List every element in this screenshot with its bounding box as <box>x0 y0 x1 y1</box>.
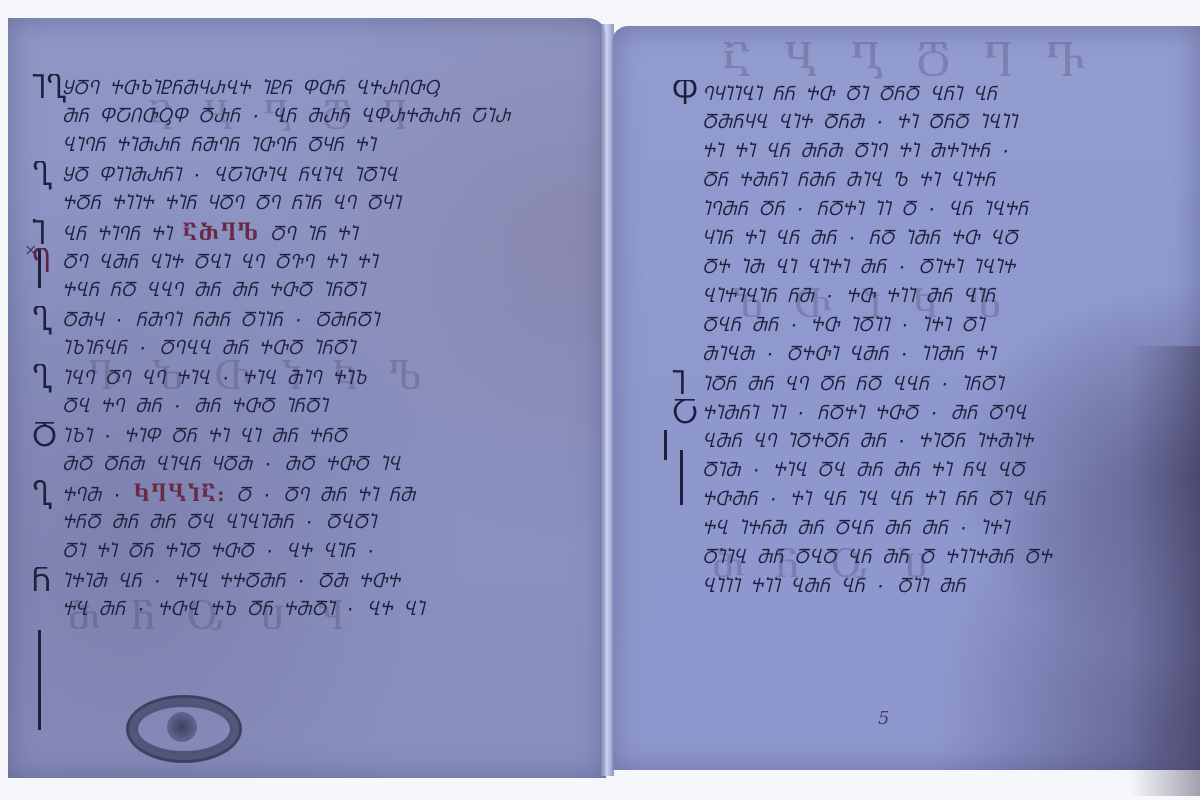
text-line: ႨႨႣႬ ႫႬ ႡႤ ႣႬ ႬႣ ႡႡႬ · ႨႬႣႨ <box>672 370 1162 399</box>
paragraph-bar <box>38 630 41 730</box>
text-line: ႵႡႬ ႬႣ ႡႡႤ ႫႬ ႫႬ ႵႧႣ ႨႬႣႨ <box>32 277 552 306</box>
initial-letter: ႨႢ <box>32 74 58 103</box>
initial-letter: Ⴌ <box>32 567 58 596</box>
red-rubric: ႠႫႤႪ <box>182 221 259 245</box>
text-line: ႵႣႬ ႵႨႨႵ ႵႨႬ ႷႣႤ ႣႤ ႬႨႬ ႡႤ ႣႷႨ <box>32 190 552 219</box>
text-line: ႣႵ ႨႫ ႡႨ ႡႨႵႨ ႫႬ · ႣႨႵႨ ႨႡႨႵ <box>672 254 1162 283</box>
text-line: ႵႬႣ ႫႬ ႫႬ ႣႡ ႡႨႡႨႫႬ · ႣႡႣႨ <box>32 509 552 538</box>
line-text: ႫႣ ႣႬႫ ႡႨႡႬ ႷႣႫ · ႫႣ ႵႧႣ ႨႡ <box>62 455 401 475</box>
text-line: ႨႡႬ ႵႨႤႬ ႵႨ ႠႫႤႪ ႣႤ ႨႬ ႵႨ <box>32 219 552 248</box>
line-text: ႡႬ ႵႨႤႬ ႵႨ <box>62 225 172 245</box>
text-line: ႣႨ ႵႨ ႣႬ ႵႨႣ ႵႧႣ · ႡႵ ႡႨႬ · <box>32 538 552 567</box>
text-line: ႣႬ ႵႫႬႨ ႬႫႬ ႫႨႡ Ⴊ ႵႨ ႡႨႵႬ <box>672 167 1162 196</box>
line-text: ႣႫႷ · ႬႫႤႨ ႬႫႬ ႣႨႨႬ · ႣႫႬႣႨ <box>62 311 379 331</box>
text-line: ႵႧႫႬ · ႵႨ ႡႬ ႨႡ ႡႬ ႵႨ ႬႬ ႣႨ ႡႬ <box>672 486 1162 515</box>
text-line: ႣႡႬ ႫႬ · ႵႧ ႨႣႨႨ · ႨႵႨ ႣႨ <box>672 312 1162 341</box>
initial-letter: Ⴂ <box>32 161 58 190</box>
line-text: ႡႨႵႨႡႨႬ ႬႫ · ႵႧ ႵႨႨ ႫႬ ႡႨႬ <box>702 287 995 307</box>
text-line: ႢႵႤႫ · ႩႤႡႨႠ: Ⴃ · ႣႤ ႫႬ ႵႨ ႬႫ <box>32 480 552 509</box>
line-text: ႸႣႤ ႵႧႦႨႲႬႫႷႰႡႵ ႨႲႬ ႴႧႬ ႡႵႰႶႧႳ <box>62 79 439 99</box>
text-line: ႵႨ ႵႨ ႡႬ ႫႬႫ ႣႨႤ ႵႨ ႫႵႨႵႬ · <box>672 138 1162 167</box>
line-text: ႵႡႬ ႬႣ ႡႡႤ ႫႬ ႫႬ ႵႧႣ ႨႬႣႨ <box>62 281 365 301</box>
line-text: ႡႨႨႨ ႵႨႨ ႡႫႬ ႡႬ · ႣႨႨ ႫႬ <box>702 577 965 597</box>
text-line: ႫႣ ႣႬႫ ႡႨႡႬ ႷႣႫ · ႫႣ ႵႧႣ ႨႡ <box>32 451 552 480</box>
text-line: ႫႨႡႫ · ႣႵႧႨ ႡႫႬ · ႨႨႫႬ ႵႨ <box>672 341 1162 370</box>
line-text: ႡႨႤႬ ႵႨႫႰႬ ႬႫႤႬ ႨႧႤႬ ႣႷႬ ႵႨ <box>62 136 375 156</box>
red-rubric: ႩႤႡႨႠ: <box>133 482 225 506</box>
line-text: ႨႡႤ ႣႤ ႡႤ ႵႨႡ · ႵႨႡ ႫႨႤ ႵႨႦ <box>62 369 367 389</box>
right-page-text: ႴႤႷႨႨႡႨ ႬႬ ႵႧ ႣႨ ႣႬႣ ႡႬႨ ႡႬ ႣႫႬႷႡ ႡႨႵ ႣႬ… <box>672 80 1162 602</box>
text-line: ႷႨႬ ႵႨ ႡႬ ႫႬ · ႬႣ ႨႫႬ ႵႧ ႡႣ <box>672 225 1162 254</box>
left-page-text: ႨႢႸႣႤ ႵႧႦႨႲႬႫႷႰႡႵ ႨႲႬ ႴႧႬ ႡႵႰႶႧႳ ႫႬ ႴႠႶႧ… <box>32 74 552 625</box>
initial-letter: Ⴂ <box>32 364 58 393</box>
text-line: ႣႨႫ · ႵႨႡ ႣႡ ႫႬ ႫႬ ႵႨ ႬႡ ႡႣ <box>672 457 1162 486</box>
text-line: ႣႡ ႵႤ ႫႬ · ႫႬ ႵႧႣ ႨႬႣႨ <box>32 393 552 422</box>
initial-letter: Ⴈ <box>32 220 58 248</box>
line-text: ႣႬ ႵႫႬႨ ႬႫႬ ႫႨႡ Ⴊ ႵႨ ႡႨႵႬ <box>702 171 995 191</box>
line-text: ႫႨႡႫ · ႣႵႧႨ ႡႫႬ · ႨႨႫႬ ႵႨ <box>702 345 995 365</box>
text-line: ႢႣႫႷ · ႬႫႤႨ ႬႫႬ ႣႨႨႬ · ႣႫႬႣႨ <box>32 306 552 335</box>
line-text: ႨႣႬ ႫႬ ႡႤ ႣႬ ႬႣ ႡႡႬ · ႨႬႣႨ <box>702 375 1003 395</box>
stamp-emblem-icon <box>167 712 197 742</box>
line-text: ႣႡႬ ႫႬ · ႵႧ ႨႣႨႨ · ႨႵႨ ႣႨ <box>702 316 984 336</box>
line-text: ႣႫႬႷႡ ႡႨႵ ႣႬႫ · ႵႨ ႣႬႣ ႨႡႨႨ <box>702 113 1017 133</box>
line-text: ႣႨႫ · ႵႨႡ ႣႡ ႫႬ ႫႬ ႵႨ ႬႡ ႡႣ <box>702 461 1025 481</box>
text-line: ႡႨႤႬ ႵႨႫႰႬ ႬႫႤႬ ႨႧႤႬ ႣႷႬ ႵႨ <box>32 132 552 161</box>
line-text: ႵႡ ႫႬ · ႵႧႡ ႵႦ ႣႬ ႵႫႣႨ · ႡႵ ႡႨ <box>62 600 424 620</box>
line-text: ႣႤ ႨႬ ႵႨ <box>270 225 357 245</box>
initial-letter: Ⴂ <box>32 306 58 335</box>
initial-letter: Ⴈ <box>672 370 698 399</box>
text-line: ႠႵႨႫႬႨ ႨႨ · ႬႣႵႨ ႵႧႣ · ႫႬ ႣႤႡ <box>672 399 1162 428</box>
line-text: ႵႣႬ ႵႨႨႵ ႵႨႬ ႷႣႤ ႣႤ ႬႨႬ ႡႤ ႣႷႨ <box>62 194 401 214</box>
paragraph-bar <box>664 430 667 460</box>
text-line: ႴႤႷႨႨႡႨ ႬႬ ႵႧ ႣႨ ႣႬႣ ႡႬႨ ႡႬ <box>672 80 1162 109</box>
line-text: ႣႵ ႨႫ ႡႨ ႡႨႵႨ ႫႬ · ႣႨႵႨ ႨႡႨႵ <box>702 258 1015 278</box>
text-line: ႨႤႫႬ ႣႬ · ႬႣႵႨ ႨႨ Ⴃ · ႡႬ ႨႡႵႬ <box>672 196 1162 225</box>
text-line: ႡႫႬ ႡႤ ႨႣႵႣႬ ႫႬ · ႵႨႣႬ ႨႵႫႨႵ <box>672 428 1162 457</box>
line-text: ႷႨႬ ႵႨ ႡႬ ႫႬ · ႬႣ ႨႫႬ ႵႧ ႡႣ <box>702 229 1018 249</box>
text-line: ႨႦႨႬႡႬ · ႣႤႡႡ ႫႬ ႵႧႣ ႨႬႣႨ <box>32 335 552 364</box>
folio-number: 5 <box>878 708 889 729</box>
line-text: Ⴃ · ႣႤ ႫႬ ႵႨ ႬႫ <box>236 486 415 506</box>
text-line: ႢႸႣ ႴႨႨႫႰႬႨ · ႡႠႨႧႨႡ ႬႡႨႡ ႨႣႨႡ <box>32 161 552 190</box>
line-text: ႨႤႫႬ ႣႬ · ႬႣႵႨ ႨႨ Ⴃ · ႡႬ ႨႡႵႬ <box>702 200 1028 220</box>
text-line: ႫႬ ႴႠႶႧႳႴ ႣႰႬ · ႡႬ ႫႰႬ ႡႴႰႵႫႰႬ ႠႨႰ <box>32 103 552 132</box>
initial-letter-red: Ⴄ <box>32 248 58 277</box>
text-line: ႤႣႤ ႡႫႬ ႡႨႵ ႣႡႨ ႡႤ ႣႥႤ ႵႨ ႵႨ <box>32 248 552 277</box>
line-text: ႣႨႨႡ ႫႬ ႣႡႣ ႡႬ ႫႬ Ⴃ ႵႨႨႵႫႬ ႣႵ <box>702 548 1052 568</box>
library-stamp <box>126 695 242 763</box>
text-line: ႡႨႨႨ ႵႨႨ ႡႫႬ ႡႬ · ႣႨႨ ႫႬ <box>672 573 1162 602</box>
line-text: ႵႨႫႬႨ ႨႨ · ႬႣႵႨ ႵႧႣ · ႫႬ ႣႤႡ <box>702 404 1026 424</box>
line-text: ႣႨ ႵႨ ႣႬ ႵႨႣ ႵႧႣ · ႡႵ ႡႨႬ · <box>62 542 376 562</box>
text-line: ႬႨႵႨႫ ႡႬ · ႵႨႡ ႵႵႣႫႬ · ႣႫ ႵႧႵ <box>32 567 552 596</box>
line-text: ႸႣ ႴႨႨႫႰႬႨ · ႡႠႨႧႨႡ ႬႡႨႡ ႨႣႨႡ <box>62 166 398 186</box>
line-text: ႫႬ ႴႠႶႧႳႴ ႣႰႬ · ႡႬ ႫႰႬ ႡႴႰႵႫႰႬ ႠႨႰ <box>62 107 510 127</box>
text-line: ႣႫႬႷႡ ႡႨႵ ႣႬႫ · ႵႨ ႣႬႣ ႨႡႨႨ <box>672 109 1162 138</box>
line-text: ႵႡ ႨႵႬႫ ႫႬ ႣႡႬ ႫႬ ႫႬ · ႨႵႨ <box>702 519 1009 539</box>
line-text: ႣႤ ႡႫႬ ႡႨႵ ႣႡႨ ႡႤ ႣႥႤ ႵႨ ႵႨ <box>62 253 377 273</box>
line-text: ႨႵႨႫ ႡႬ · ႵႨႡ ႵႵႣႫႬ · ႣႫ ႵႧႵ <box>62 572 400 592</box>
line-text: ႨႦႨ · ႵႨႴ ႣႬ ႵႨ ႡႨ ႫႬ ႵႬႣ <box>62 427 347 447</box>
text-line: ႣႨႦႨ · ႵႨႴ ႣႬ ႵႨ ႡႨ ႫႬ ႵႬႣ <box>32 422 552 451</box>
line-text: ႤႷႨႨႡႨ ႬႬ ႵႧ ႣႨ ႣႬႣ ႡႬႨ ႡႬ <box>702 85 997 105</box>
initial-letter: Ⴀ <box>672 399 698 428</box>
text-line: ႡႨႵႨႡႨႬ ႬႫ · ႵႧ ႵႨႨ ႫႬ ႡႨႬ <box>672 283 1162 312</box>
line-text: ႣႡ ႵႤ ႫႬ · ႫႬ ႵႧႣ ႨႬႣႨ <box>62 397 328 417</box>
line-text: ႵႧႫႬ · ႵႨ ႡႬ ႨႡ ႡႬ ႵႨ ႬႬ ႣႨ ႡႬ <box>702 490 1045 510</box>
line-text: ႡႫႬ ႡႤ ႨႣႵႣႬ ႫႬ · ႵႨႣႬ ႨႵႫႨႵ <box>702 432 1033 452</box>
text-line: ႵႡ ႫႬ · ႵႧႡ ႵႦ ႣႬ ႵႫႣႨ · ႡႵ ႡႨ <box>32 596 552 625</box>
text-line: ႵႡ ႨႵႬႫ ႫႬ ႣႡႬ ႫႬ ႫႬ · ႨႵႨ <box>672 515 1162 544</box>
book-gutter <box>600 24 614 776</box>
initial-letter: Ⴃ <box>32 422 58 451</box>
initial-letter: Ⴔ <box>672 80 698 109</box>
line-text: ႵႬႣ ႫႬ ႫႬ ႣႡ ႡႨႡႨႫႬ · ႣႡႣႨ <box>62 513 376 533</box>
text-line: ႢႨႡႤ ႣႤ ႡႤ ႵႨႡ · ႵႨႡ ႫႨႤ ႵႨႦ <box>32 364 552 393</box>
line-text: ႵႨ ႵႨ ႡႬ ႫႬႫ ႣႨႤ ႵႨ ႫႵႨႵႬ · <box>702 142 1011 162</box>
text-line: ႨႢႸႣႤ ႵႧႦႨႲႬႫႷႰႡႵ ႨႲႬ ႴႧႬ ႡႵႰႶႧႳ <box>32 74 552 103</box>
initial-letter: Ⴂ <box>32 481 58 509</box>
text-line: ႣႨႨႡ ႫႬ ႣႡႣ ႡႬ ႫႬ Ⴃ ႵႨႨႵႫႬ ႣႵ <box>672 544 1162 573</box>
line-text: ႨႦႨႬႡႬ · ႣႤႡႡ ႫႬ ႵႧႣ ႨႬႣႨ <box>62 339 355 359</box>
line-text: ႵႤႫ · <box>62 486 123 506</box>
